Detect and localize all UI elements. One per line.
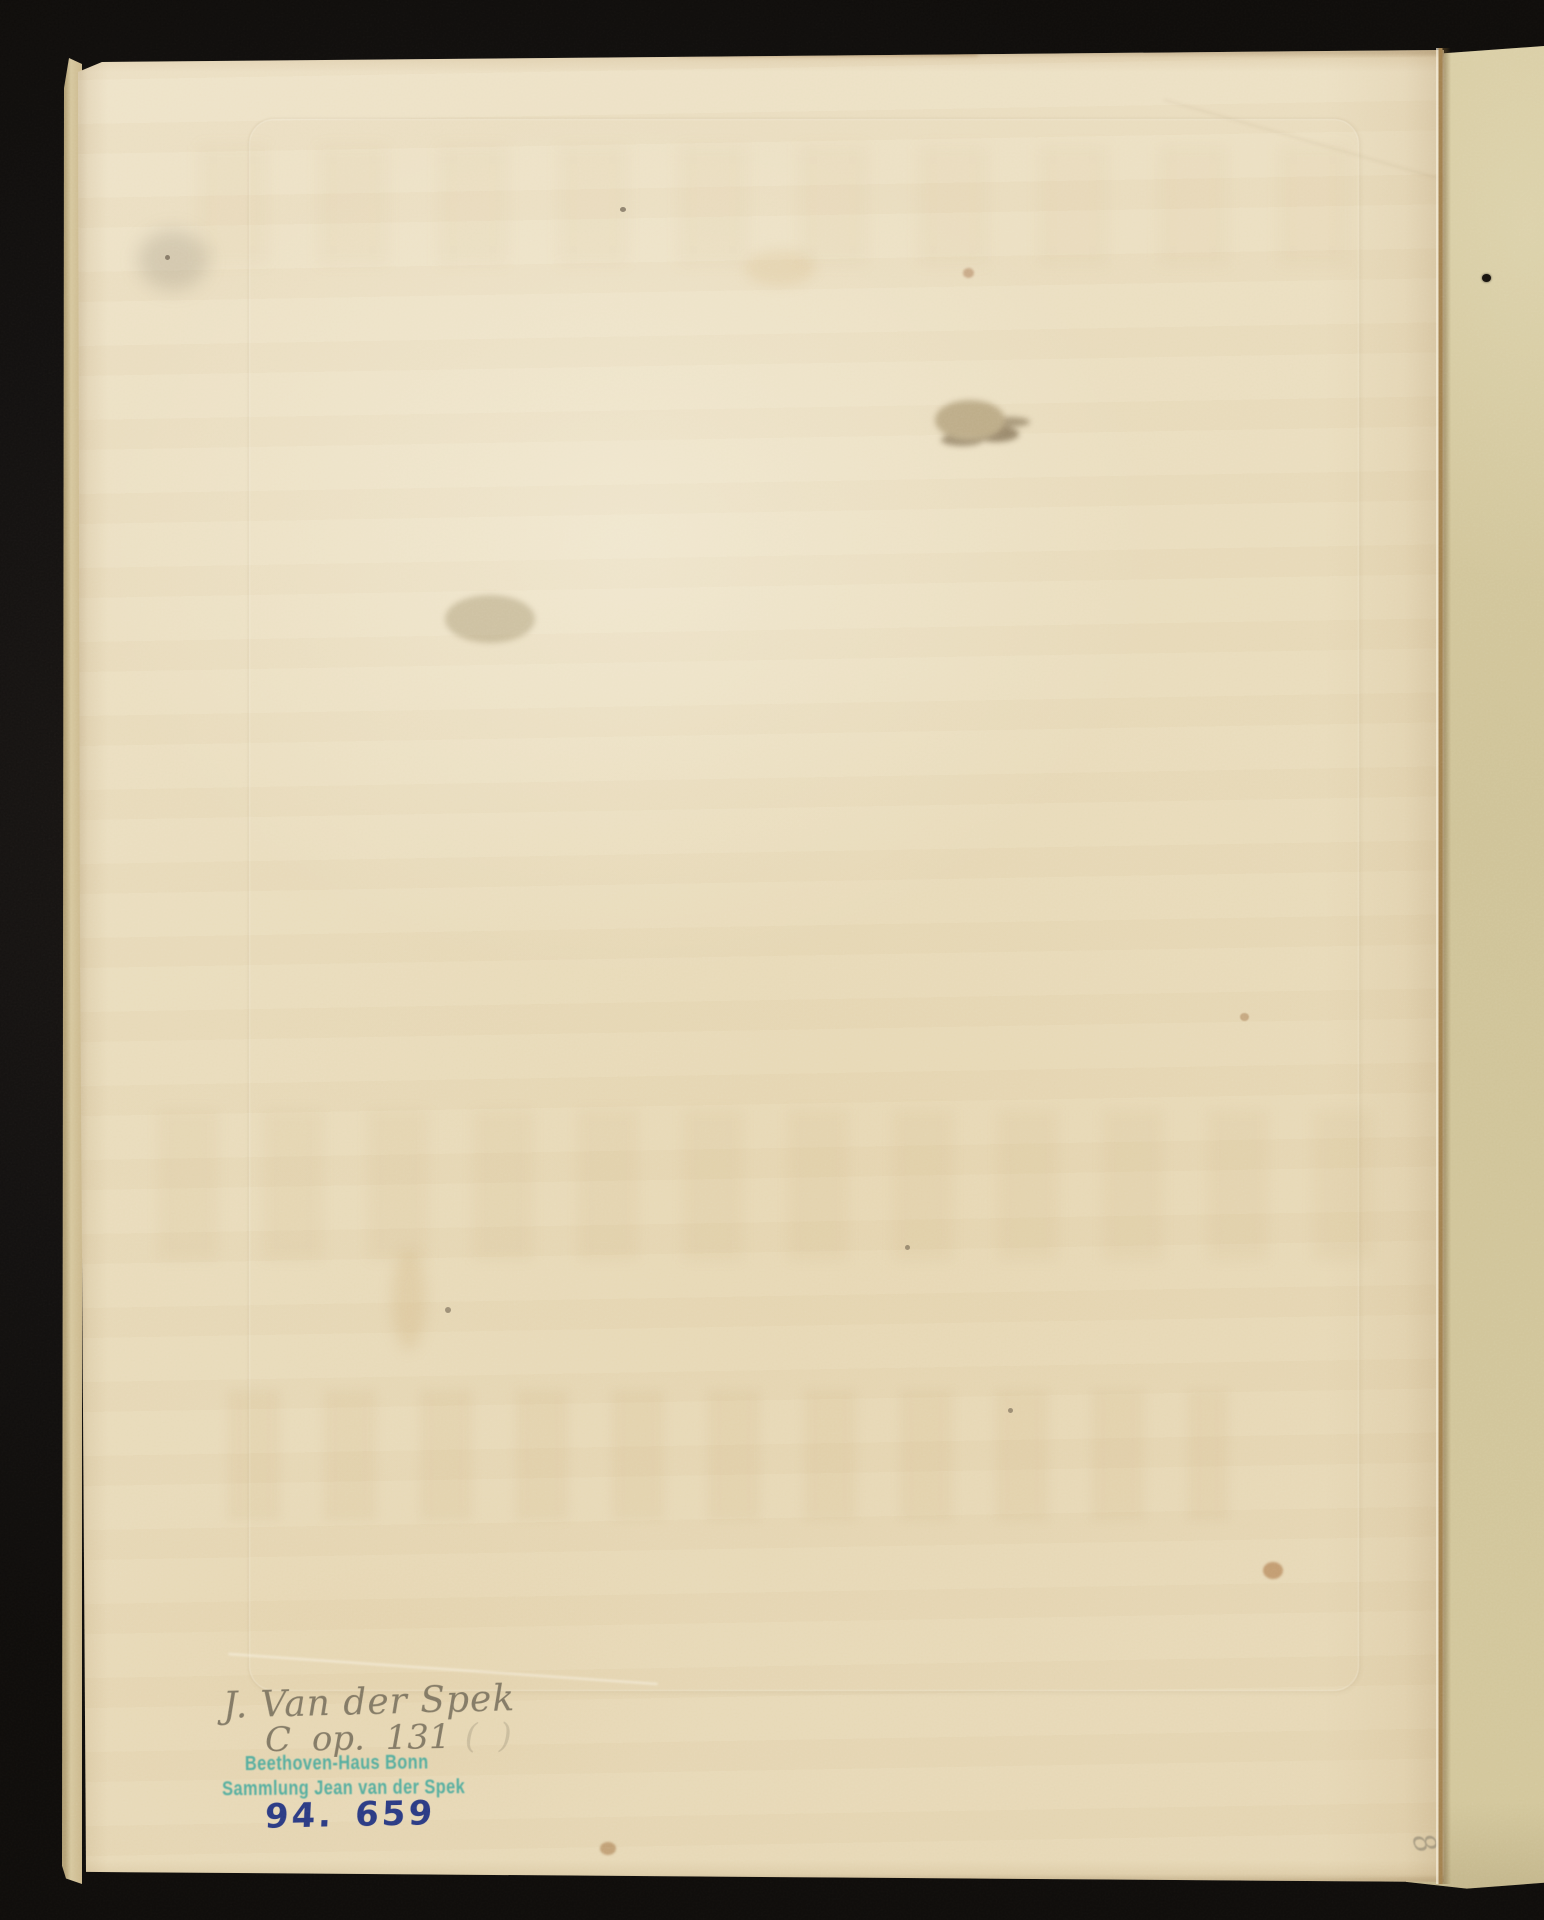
speck bbox=[445, 1307, 451, 1313]
worm-hole bbox=[1482, 274, 1491, 282]
speck bbox=[1008, 1408, 1013, 1413]
stamp-line-1: Beethoven-Haus Bonn bbox=[245, 1751, 469, 1776]
finger-smudge bbox=[138, 230, 208, 290]
speck bbox=[620, 207, 626, 212]
speck bbox=[165, 255, 170, 260]
fox-spot bbox=[600, 1842, 616, 1855]
page-right-edge bbox=[1436, 48, 1451, 1884]
manuscript-page: J. Van der Spek C op. 131( ) Beethoven-H… bbox=[78, 50, 1444, 1882]
speck bbox=[905, 1245, 910, 1250]
photo-background: J. Van der Spek C op. 131( ) Beethoven-H… bbox=[0, 0, 1544, 1920]
shelfmark-number: 94. 659 bbox=[264, 1793, 436, 1837]
top-edge-toning bbox=[678, 50, 978, 56]
plate-mark bbox=[248, 118, 1360, 1692]
